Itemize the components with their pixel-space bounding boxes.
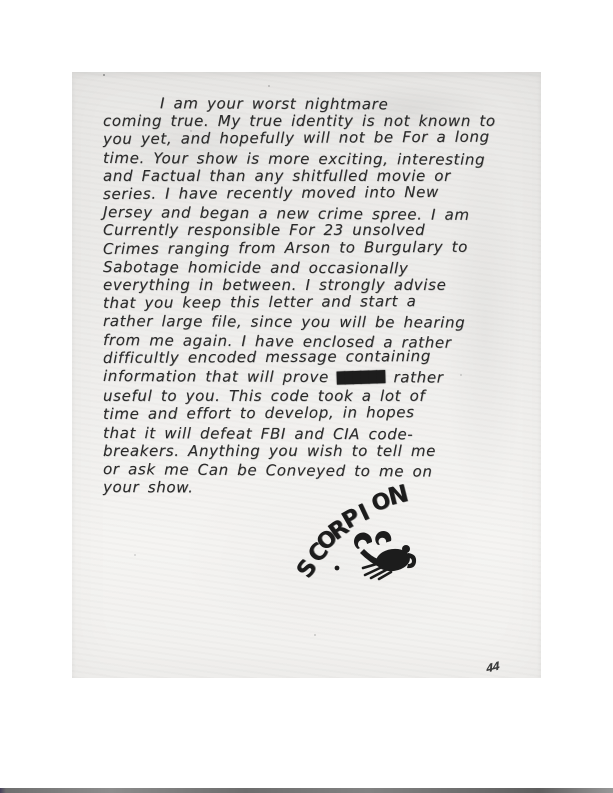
letter-line: time. Your show is more exciting, intere… <box>103 149 533 169</box>
scribbled-out-word: ██████ <box>337 368 385 388</box>
scanned-letter-image: I am your worst nightmarecoming true. My… <box>0 0 613 793</box>
paper-dust-specks <box>72 72 74 74</box>
letter-line: information that will prove ██████ rathe… <box>103 367 533 389</box>
letter-page: I am your worst nightmarecoming true. My… <box>72 72 541 678</box>
letter-line: I am your worst nightmare <box>103 94 533 114</box>
letter-line: breakers. Anything you wish to tell me <box>103 442 533 460</box>
letter-lines: I am your worst nightmarecoming true. My… <box>103 94 533 496</box>
scorpion-shape <box>335 531 417 579</box>
letter-line: your show. <box>103 478 533 498</box>
letter-line: time and effort to develop, in hopes <box>103 403 533 424</box>
letter-line: rather large file, since you will be hea… <box>103 312 533 332</box>
letter-line: Jersey and began a new crime spree. I am <box>103 203 533 225</box>
page-number-mark: 44 <box>486 659 500 675</box>
letter-line: difficultly encoded message containing <box>103 346 533 367</box>
letter-line: series. I have recently moved into New <box>103 182 533 203</box>
letter-line: Sabotage homicide and occasionally <box>103 258 533 278</box>
scan-edge-artifact <box>0 788 613 793</box>
letter-line: that you keep this letter and start a <box>103 292 533 313</box>
letter-line: that it will defeat FBI and CIA code- <box>103 424 533 444</box>
letter-line: Crimes ranging from Arson to Burgulary t… <box>103 237 533 258</box>
scorpion-drawing <box>330 527 425 582</box>
letter-line: you yet, and hopefully will not be For a… <box>103 128 533 149</box>
